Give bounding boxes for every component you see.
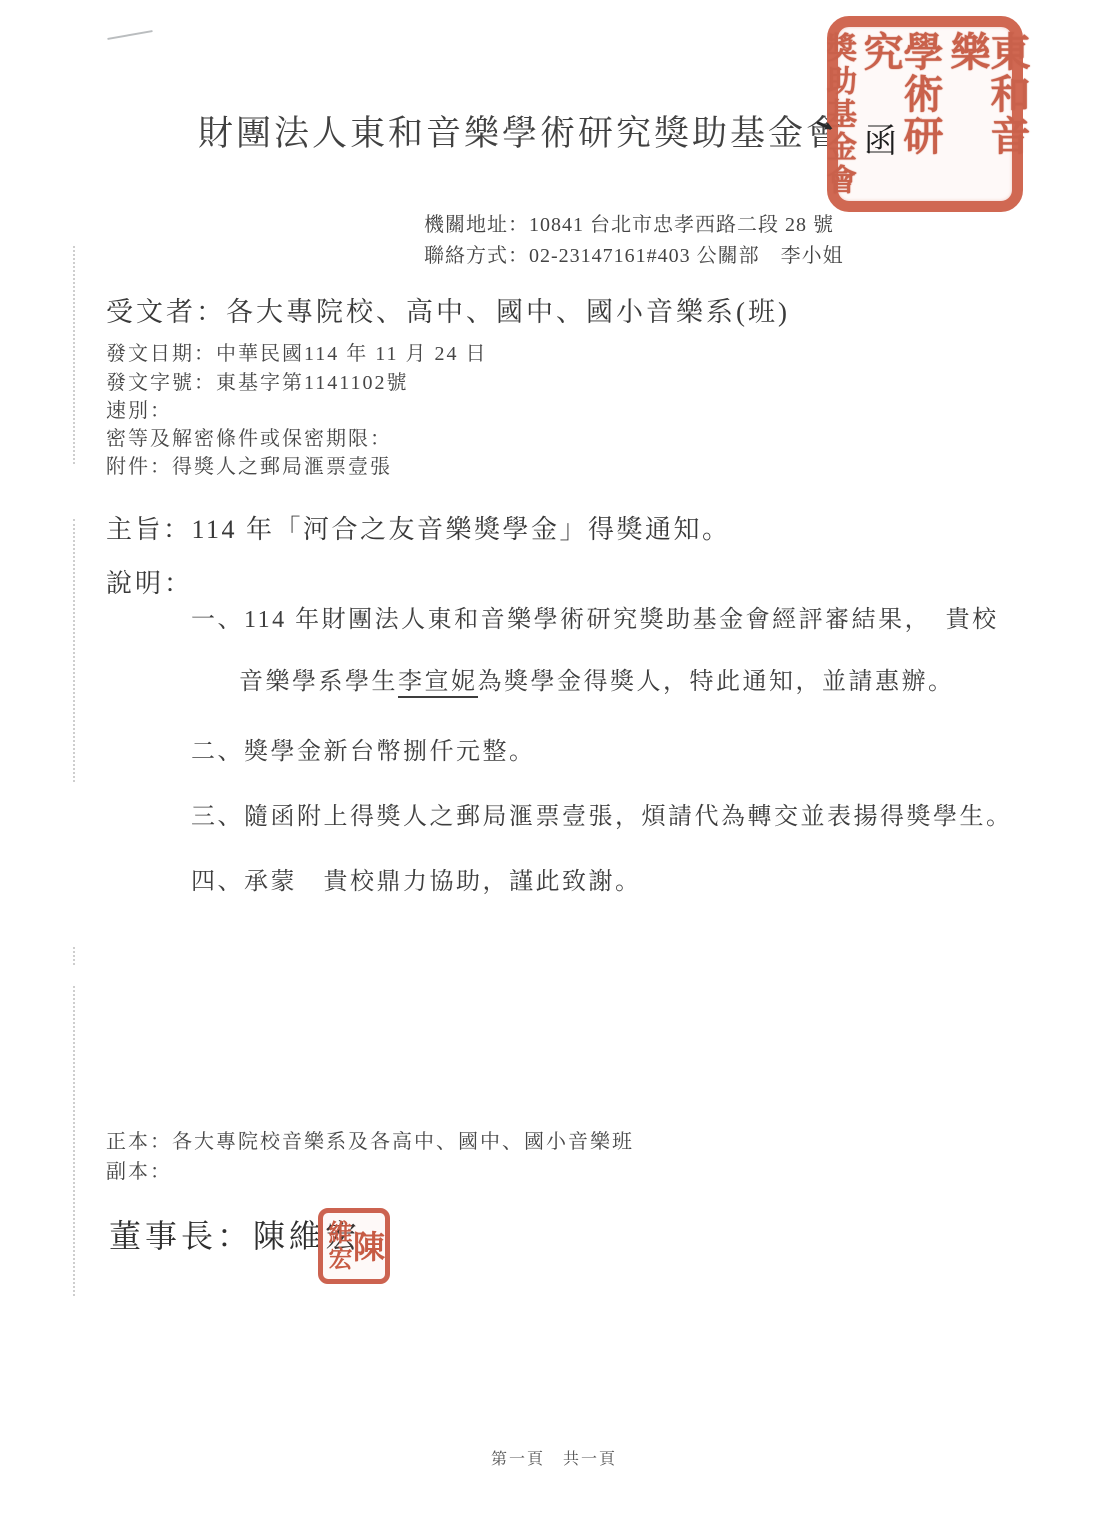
seal-text-column: 獎助基金會 [823,32,853,197]
issue-date-line: 發文日期：中華民國114 年 11 月 24 日 [106,337,488,366]
security-classification-line: 密等及解密條件或保密期限： [106,422,392,451]
item-1-suffix-text: 為獎學金得獎人，特此通知，並請惠辦。 [478,669,955,695]
seal-text-column: 學術研究 [860,31,940,197]
winner-name-underlined: 李宣妮 [398,669,478,698]
original-copy-line: 正本：各大專院校音樂系及各高中、國中、國小音樂班 [106,1125,634,1154]
scan-streak-artifact [107,30,153,40]
left-edge-fold-line [73,986,75,1296]
attachment-line: 附件：得獎人之郵局滙票壹張 [106,450,392,479]
left-edge-fold-line [73,246,75,464]
duplicate-copy-line: 副本： [106,1155,172,1184]
left-edge-fold-line [73,519,75,782]
document-number-line: 發文字號：東基字第1141102號 [106,366,409,395]
chairman-red-seal: 陳 維宏 [318,1208,390,1284]
seal-text-column: 陳 [351,1230,383,1262]
scanned-letter-page: 財團法人東和音樂學術研究獎助基金會 函 東和音樂 學術研究 獎助基金會 機關地址… [0,0,1108,1516]
explanation-item-1-line-1: 一、114 年財團法人東和音樂學術研究獎助基金會經評審結果， 貴校 [191,599,999,634]
seal-text-column: 東和音樂 [947,31,1027,197]
subject-line: 主旨：114 年「河合之友音樂獎學金」得獎通知。 [106,509,731,546]
explanation-item-3: 三、隨函附上得獎人之郵局滙票壹張，煩請代為轉交並表揚得獎學生。 [191,796,1013,831]
explanation-item-1-line-2: 音樂學系學生李宣妮為獎學金得獎人，特此通知，並請惠辦。 [239,661,955,696]
organization-red-seal: 東和音樂 學術研究 獎助基金會 [827,16,1023,212]
agency-contact-line: 聯絡方式：02-23147161#403 公關部 李小姐 [424,241,844,272]
item-1-prefix-text: 音樂學系學生 [239,669,398,695]
priority-line: 速別： [106,394,172,423]
agency-contact-block: 機關地址：10841 台北市忠孝西路二段 28 號 聯絡方式：02-231471… [424,210,844,272]
recipient-line: 受文者：各大專院校、高中、國中、國小音樂系(班) [106,290,790,329]
explanation-item-2: 二、獎學金新台幣捌仟元整。 [191,731,536,766]
seal-text-column: 維宏 [325,1220,349,1272]
explanation-item-4: 四、承蒙 貴校鼎力協助，謹此致謝。 [191,861,642,896]
organization-title: 財團法人東和音樂學術研究獎助基金會 [198,106,844,156]
left-edge-fold-line [73,947,75,965]
page-number-footer: 第一頁 共一頁 [0,1446,1108,1469]
explanation-heading: 說明： [106,563,193,600]
agency-address-line: 機關地址：10841 台北市忠孝西路二段 28 號 [424,210,844,241]
document-type-label: 函 [864,115,897,162]
